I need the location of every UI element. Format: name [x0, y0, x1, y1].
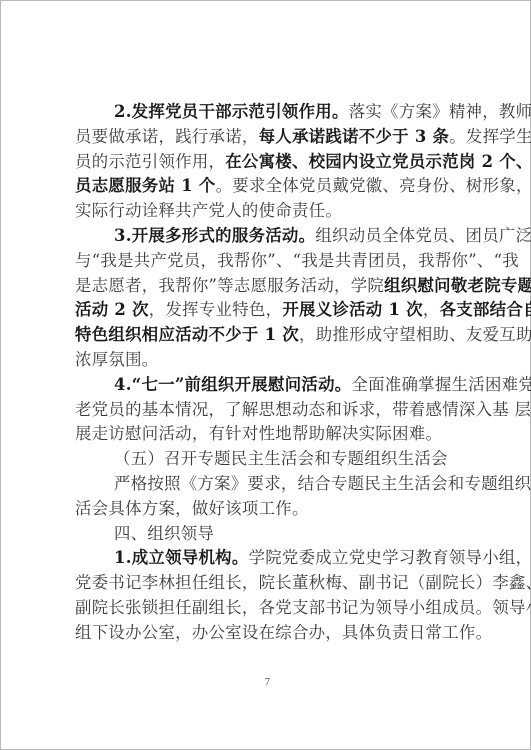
text-line: 老党员的基本情况，了解思想动态和诉求，带着感情深入基 层开 — [75, 398, 467, 423]
body-text: 活会具体方案，做好该项工作。 — [75, 499, 309, 518]
text-line: 活会具体方案，做好该项工作。 — [75, 497, 467, 522]
body-text: 落实《方案》精神，教师党 — [349, 102, 531, 121]
page-number: 7 — [265, 677, 270, 688]
text-line: 副院长张锁担任副组长，各党支部书记为领导小组成员。领导小 — [75, 596, 467, 621]
body-text: 与“我是共产党员，我帮你”、“我是共青团员，我帮你”、“我 — [75, 251, 519, 270]
body-text: ，发挥专业特色， — [149, 300, 283, 319]
body-text: 党委书记李林担任组长，院长董秋梅、副书记（副院长）李鑫、 — [75, 573, 531, 592]
text-line: 浓厚氛围。 — [75, 348, 467, 373]
text-line: 员的示范引领作用，在公寓楼、校园内设立党员示范岗 2 个、党 — [75, 150, 467, 175]
text-line: 展走访慰问活动，有针对性地帮助解决实际困难。 — [75, 422, 467, 447]
text-line: 党委书记李林担任组长，院长董秋梅、副书记（副院长）李鑫、 — [75, 571, 467, 596]
bold-text: 3.开展多形式的服务活动。 — [114, 226, 315, 245]
body-text: ， — [423, 300, 440, 319]
text-line: 1.成立领导机构。学院党委成立党史学习教育领导小组，由 — [75, 546, 467, 571]
document-body: 2.发挥党员干部示范引领作用。落实《方案》精神，教师党员要做承诺，践行承诺，每人… — [75, 100, 467, 646]
text-line: 是志愿者，我帮你”等志愿服务活动，学院组织慰问敬老院专题 — [75, 274, 467, 299]
bold-text: 活动 2 次 — [75, 300, 149, 319]
body-text: 副院长张锁担任副组长，各党支部书记为领导小组成员。领导小 — [75, 598, 531, 617]
bold-text: 各支部结合自身 — [440, 300, 531, 319]
document-page: 2.发挥党员干部示范引领作用。落实《方案》精神，教师党员要做承诺，践行承诺，每人… — [0, 0, 531, 750]
text-line: 四、组织领导 — [75, 522, 467, 547]
body-text: 实际行动诠释共产党人的使命责任。 — [75, 201, 342, 220]
text-line: 特色组织相应活动不少于 1 次，助推形成守望相助、友爱互助的 — [75, 323, 467, 348]
text-line: （五）召开专题民主生活会和专题组织生活会 — [75, 447, 467, 472]
body-text: 组下设办公室，办公室设在综合办，具体负责日常工作。 — [75, 623, 492, 642]
body-text: 。发挥学生党 — [449, 127, 531, 146]
text-line: 2.发挥党员干部示范引领作用。落实《方案》精神，教师党 — [75, 100, 467, 125]
body-text: 浓厚氛围。 — [75, 350, 158, 369]
body-text: 是志愿者，我帮你”等志愿服务活动，学院 — [75, 276, 384, 295]
body-text: 展走访慰问活动，有针对性地帮助解决实际困难。 — [75, 424, 442, 443]
bold-text: 开展义诊活动 1 次 — [282, 300, 423, 319]
bold-text: 1.成立领导机构。 — [114, 548, 249, 567]
text-line: 组下设办公室，办公室设在综合办，具体负责日常工作。 — [75, 621, 467, 646]
text-line: 员要做承诺，践行承诺，每人承诺践诺不少于 3 条。发挥学生党 — [75, 125, 467, 150]
text-line: 员志愿服务站 1 个。要求全体党员戴党徽、亮身份、树形象，以 — [75, 174, 467, 199]
bold-text: 4.“七一”前组织开展慰问活动。 — [114, 375, 351, 394]
bold-text: 每人承诺践诺不少于 3 条 — [259, 127, 450, 146]
body-text: 员的示范引领作用， — [75, 152, 225, 171]
body-text: 员要做承诺，践行承诺， — [75, 127, 259, 146]
body-text: 全面准确掌握生活困难党 员、 — [351, 375, 531, 394]
text-line: 实际行动诠释共产党人的使命责任。 — [75, 199, 467, 224]
body-text: ，助推形成守望相助、友爱互助的 — [299, 325, 531, 344]
text-line: 活动 2 次，发挥专业特色，开展义诊活动 1 次，各支部结合自身 — [75, 298, 467, 323]
body-text: 老党员的基本情况，了解思想动态和诉求，带着感情深入基 层开 — [75, 400, 531, 419]
body-text: 四、组织领导 — [114, 524, 214, 543]
body-text: 学院党委成立党史学习教育领导小组，由 — [249, 548, 531, 567]
bold-text: 员志愿服务站 1 个 — [75, 176, 216, 195]
body-text: 。要求全体党员戴党徽、亮身份、树形象，以 — [216, 176, 531, 195]
text-line: 4.“七一”前组织开展慰问活动。全面准确掌握生活困难党 员、 — [75, 373, 467, 398]
bold-text: 特色组织相应活动不少于 1 次 — [75, 325, 299, 344]
bold-text: 在公寓楼、校园内设立党员示范岗 2 个、党 — [225, 152, 531, 171]
bold-text: 2.发挥党员干部示范引领作用。 — [114, 102, 349, 121]
body-text: 严格按照《方案》要求，结合专题民主生活会和专题组织生 — [114, 474, 531, 493]
text-line: 与“我是共产党员，我帮你”、“我是共青团员，我帮你”、“我 — [75, 249, 467, 274]
text-line: 3.开展多形式的服务活动。组织动员全体党员、团员广泛参 — [75, 224, 467, 249]
text-line: 严格按照《方案》要求，结合专题民主生活会和专题组织生 — [75, 472, 467, 497]
bold-text: 组织慰问敬老院专题 — [384, 276, 531, 295]
body-text: （五）召开专题民主生活会和专题组织生活会 — [114, 449, 448, 468]
body-text: 组织动员全体党员、团员广泛参 — [315, 226, 531, 245]
